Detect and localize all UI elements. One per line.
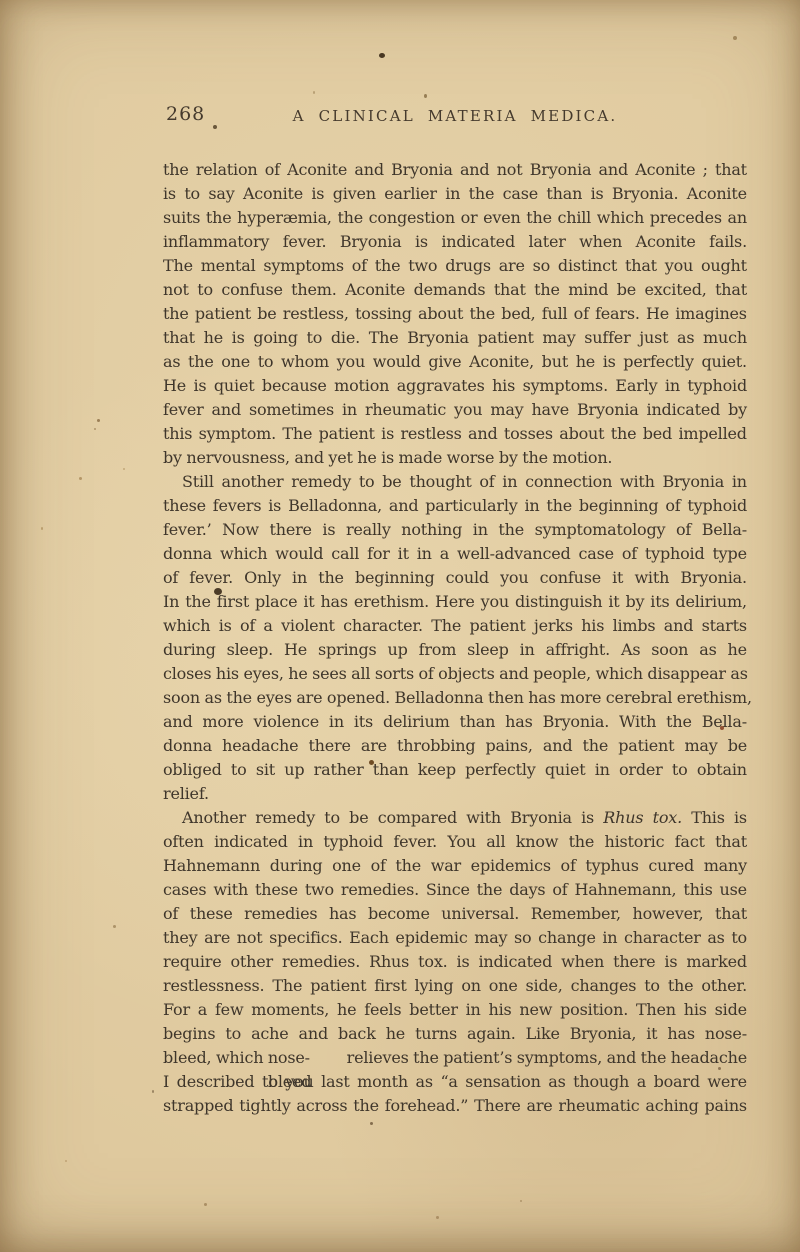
text-line: feverandsometimesinrheumaticyoumayhaveBr…: [163, 398, 747, 422]
text-line: nottoconfusethem.Aconitedemandsthatthemi…: [163, 278, 747, 302]
text-line: Inthefirstplaceithaserethism.Hereyoudist…: [163, 590, 747, 614]
ink-speck: [213, 125, 217, 129]
ink-speck: [313, 91, 315, 94]
text-line: thepatientberestless,tossingaboutthebed,…: [163, 302, 747, 326]
text-line: therelationofAconiteandBryoniaandnotBryo…: [163, 158, 747, 182]
text-line: strappedtightlyacrosstheforehead.”Therea…: [163, 1094, 747, 1118]
running-title: A CLINICAL MATERIA MEDICA.: [163, 107, 747, 125]
text-line: andmoreviolenceinitsdeliriumthanhasBryon…: [163, 710, 747, 734]
text-line: istosayAconiteisgivenearlierinthecasetha…: [163, 182, 747, 206]
book-page: 268 A CLINICAL MATERIA MEDICA. therelati…: [0, 0, 800, 1252]
text-line: AnotherremedytobecomparedwithBryoniaisRh…: [163, 806, 747, 830]
text-line: donnawhichwouldcallforitinawell-advanced…: [163, 542, 747, 566]
text-line: thatheisgoingtodie.TheBryoniapatientmays…: [163, 326, 747, 350]
text-line: Forafewmoments,hefeelsbetterinhisnewposi…: [163, 998, 747, 1022]
text-line: fever.’Nowthereisreallynothinginthesympt…: [163, 518, 747, 542]
ink-speck: [41, 527, 43, 530]
text-line: suitsthehyperæmia,thecongestionoreventhe…: [163, 206, 747, 230]
paragraph: AnotherremedytobecomparedwithBryoniaisRh…: [163, 806, 747, 1118]
text-line: inflammatoryfever.Bryoniaisindicatedlate…: [163, 230, 747, 254]
ink-speck: [94, 428, 96, 430]
text-line: soonastheeyesareopened.Belladonnathenhas…: [163, 686, 747, 710]
ink-speck: [97, 419, 100, 422]
text-line: obligedtositupratherthankeepperfectlyqui…: [163, 758, 747, 782]
paragraph: therelationofAconiteandBryoniaandnotBryo…: [163, 158, 747, 470]
ink-speck: [436, 1216, 439, 1219]
text-line: Idescribedtoyoulastmonthas“asensationast…: [163, 1070, 747, 1094]
text-line: relief.: [163, 782, 747, 806]
text-body: therelationofAconiteandBryoniaandnotBryo…: [163, 158, 747, 1118]
text-line: oftenindicatedintyphoidfever.Youallknowt…: [163, 830, 747, 854]
ink-speck: [113, 925, 116, 928]
text-line: restlessness.Thepatientfirstlyingononesi…: [163, 974, 747, 998]
text-line: thissymptom.Thepatientisrestlessandtosse…: [163, 422, 747, 446]
ink-speck: [123, 468, 125, 470]
text-line: oftheseremedieshasbecomeuniversal.Rememb…: [163, 902, 747, 926]
ink-speck: [204, 1203, 207, 1206]
ink-speck: [733, 36, 737, 40]
text-line: caseswiththesetworemedies.Sincethedaysof…: [163, 878, 747, 902]
ink-speck: [370, 1122, 373, 1125]
text-line: bynervousness,andyetheismadeworsebythemo…: [163, 446, 747, 470]
text-line: Heisquietbecausemotionaggravateshissympt…: [163, 374, 747, 398]
text-line: Thementalsymptomsofthetwodrugsaresodisti…: [163, 254, 747, 278]
text-line: Hahnemannduringoneofthewarepidemicsoftyp…: [163, 854, 747, 878]
text-line: theyarenotspecifics.Eachepidemicmaysocha…: [163, 926, 747, 950]
text-line: requireotherremedies.Rhustox.isindicated…: [163, 950, 747, 974]
text-line: astheonetowhomyouwouldgiveAconite,buthei…: [163, 350, 747, 374]
text-line: Stillanotherremedytobethoughtofinconnect…: [163, 470, 747, 494]
text-line: thesefeversisBelladonna,andparticularlyi…: [163, 494, 747, 518]
text-line: whichisofaviolentcharacter.Thepatientjer…: [163, 614, 747, 638]
text-line: closeshiseyes,heseesallsortsofobjectsand…: [163, 662, 747, 686]
paragraph: Stillanotherremedytobethoughtofinconnect…: [163, 470, 747, 806]
text-line: donnaheadachetherearethrobbingpains,andt…: [163, 734, 747, 758]
ink-speck: [79, 477, 82, 480]
ink-speck: [424, 94, 427, 98]
ink-speck: [379, 53, 385, 58]
ink-speck: [520, 1200, 522, 1202]
text-line: duringsleep.Hespringsupfromsleepinaffrig…: [163, 638, 747, 662]
text-line: offever.Onlyinthebeginningcouldyouconfus…: [163, 566, 747, 590]
text-line: beginstoacheandbackheturnsagain.LikeBryo…: [163, 1022, 747, 1046]
text-line: bleed,whichnose-bleedrelievesthepatient’…: [163, 1046, 747, 1070]
ink-speck: [152, 1090, 154, 1093]
ink-speck: [65, 1160, 67, 1162]
